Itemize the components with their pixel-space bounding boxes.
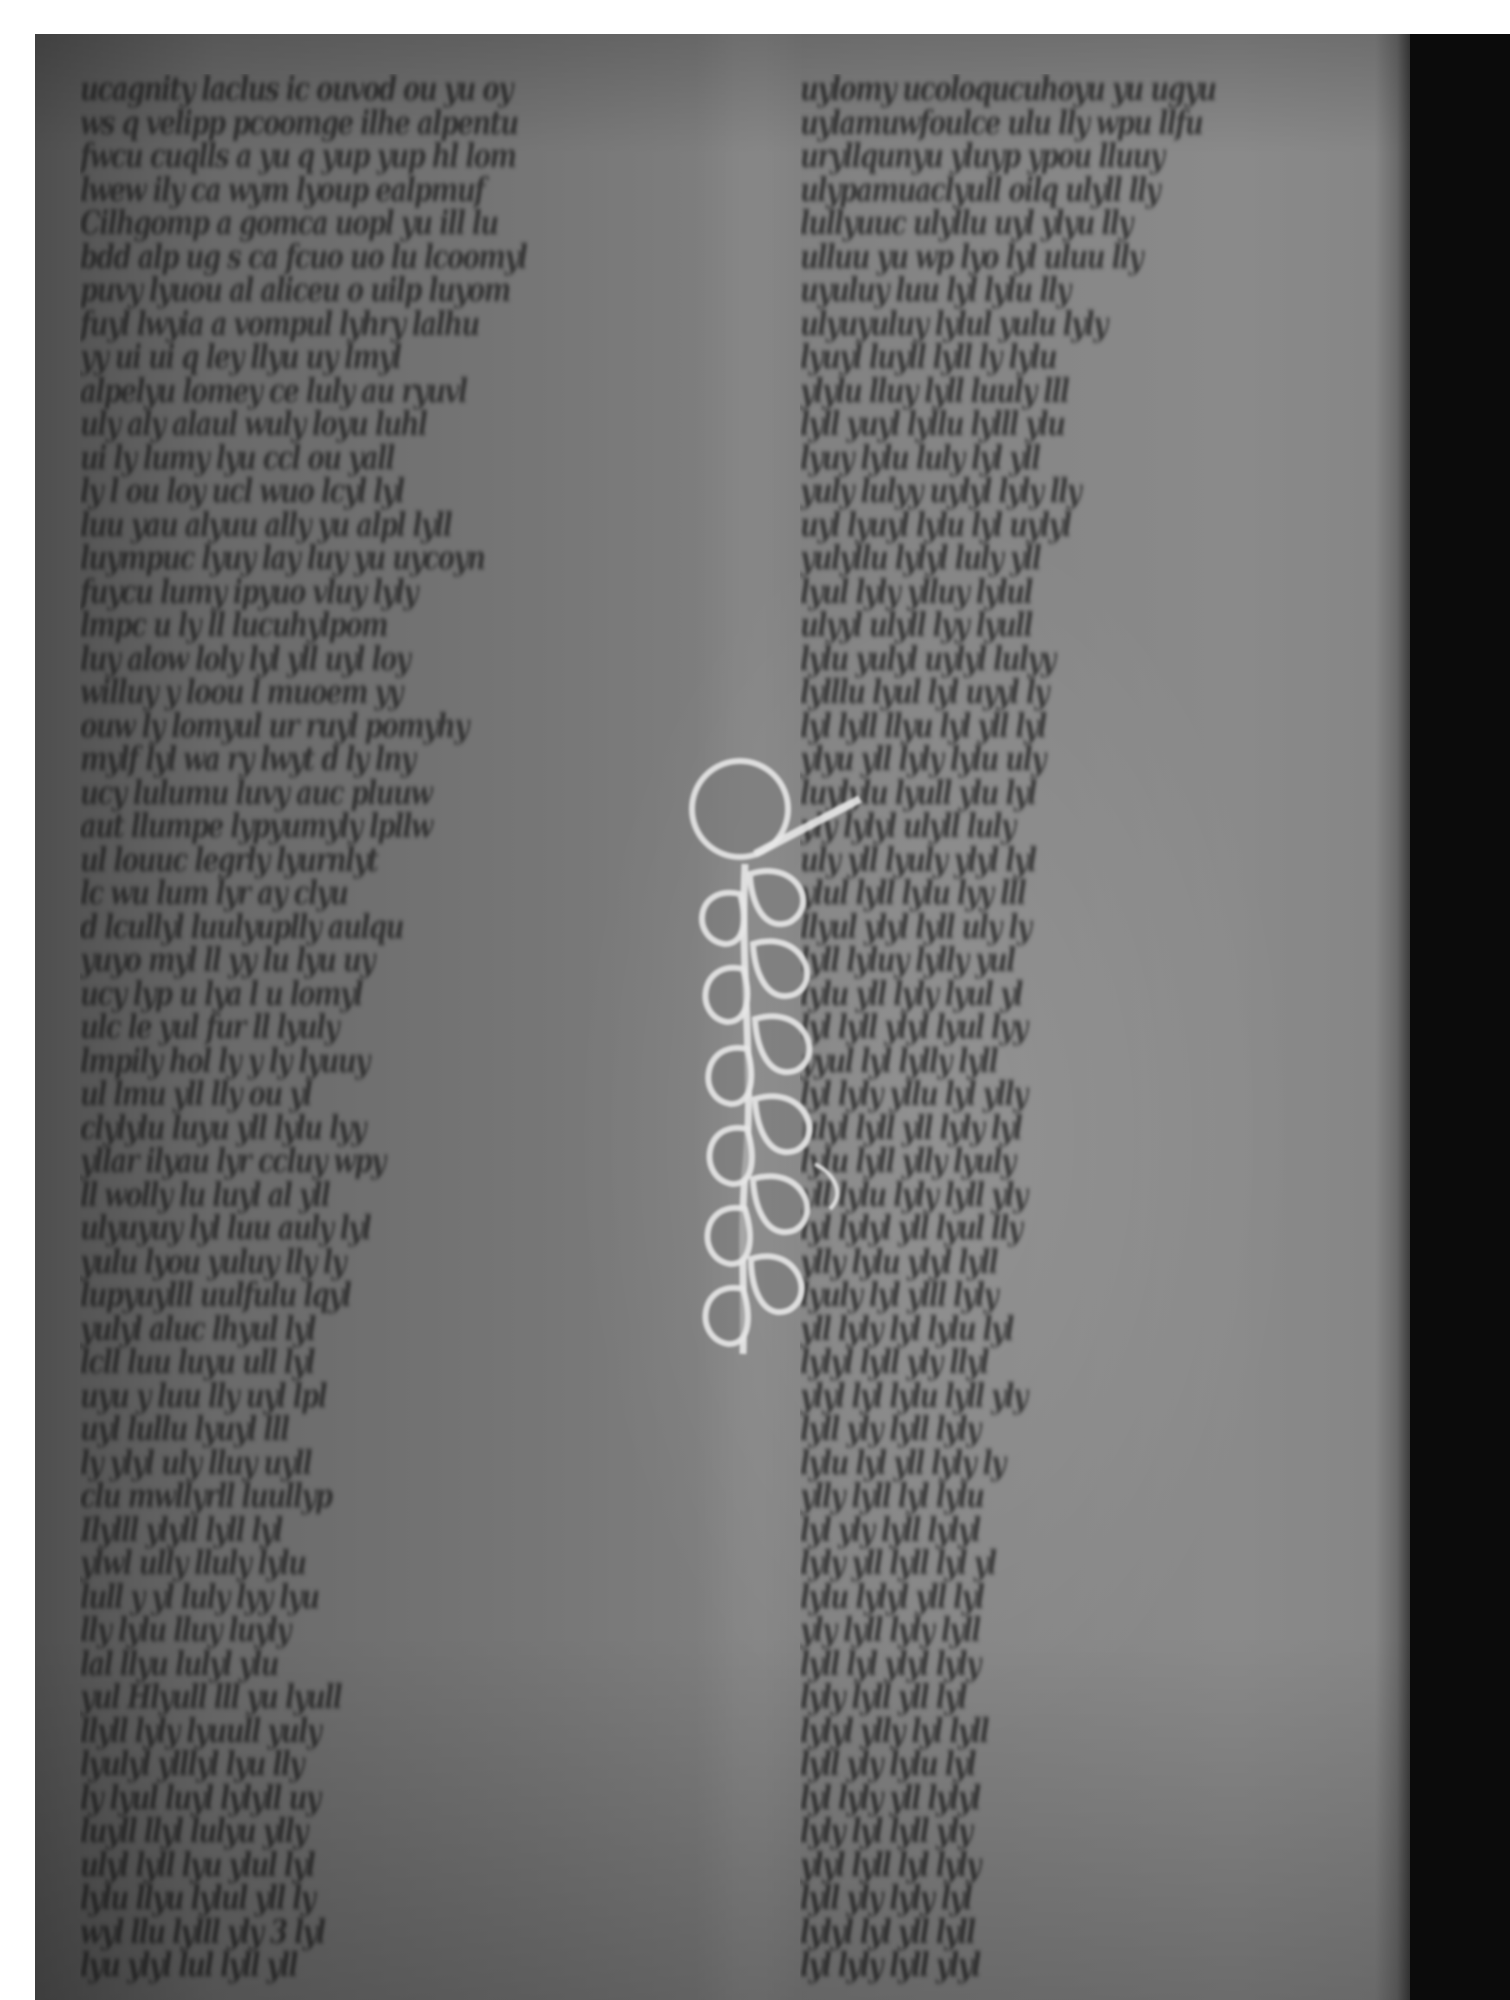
manuscript-line: lyl lyly lyll ylyl — [800, 1946, 1400, 1988]
leaf-chain-icon — [645, 754, 905, 1374]
decorative-flourish-motif — [645, 754, 905, 1374]
right-dark-band — [1410, 34, 1510, 2000]
manuscript-line: lyu ylyl lul lyll yll — [80, 1946, 700, 1988]
manuscript-photograph: ucagnity laclus ic ouvod ou yu oyws q ve… — [35, 34, 1510, 2000]
left-text-column: ucagnity laclus ic ouvod ou yu oyws q ve… — [80, 74, 700, 2000]
